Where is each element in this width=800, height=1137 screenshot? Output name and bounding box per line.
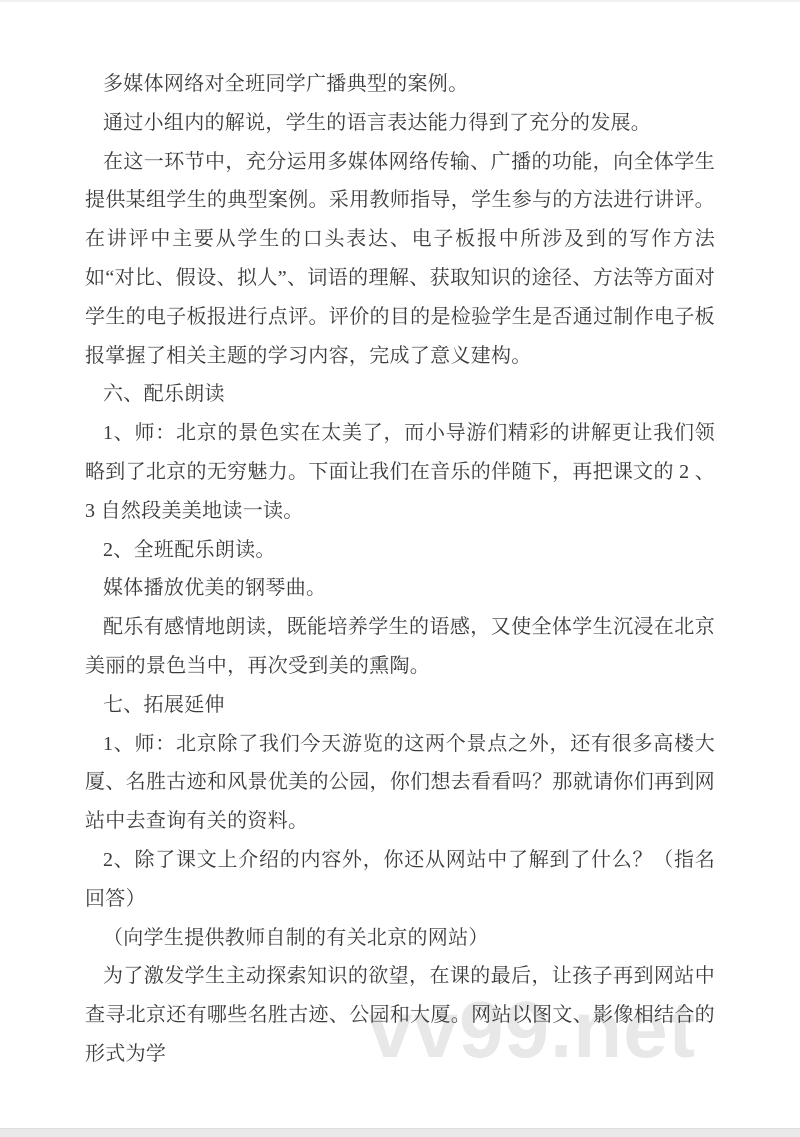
document-page: vv99.net 多媒体网络对全班同学广播典型的案例。 通过小组内的解说，学生的… — [0, 0, 800, 1137]
paragraph-teacher-line-2: 1、师：北京除了我们今天游览的这两个景点之外，还有很多高楼大厦、名胜古迹和风景优… — [85, 725, 715, 841]
paragraph-review-process: 在这一环节中，充分运用多媒体网络传输、广播的功能，向全体学生提供某组学生的典型案… — [85, 143, 715, 376]
paragraph-broadcast-case: 多媒体网络对全班同学广播典型的案例。 — [85, 65, 715, 104]
paragraph-reading-benefit: 配乐有感情地朗读，既能培养学生的语感，又使全体学生沉浸在北京美丽的景色当中，再次… — [85, 608, 715, 686]
paragraph-question-two: 2、除了课文上介绍的内容外，你还从网站中了解到了什么？（指名回答） — [85, 841, 715, 919]
section-heading-six: 六、配乐朗读 — [85, 375, 715, 414]
page-top-edge — [0, 0, 800, 2]
paragraph-website-note: （向学生提供教师自制的有关北京的网站） — [85, 919, 715, 958]
paragraph-final: 为了激发学生主动探索知识的欲望，在课的最后，让孩子再到网站中查寻北京还有哪些名胜… — [85, 957, 715, 1073]
paragraph-piano-music: 媒体播放优美的钢琴曲。 — [85, 569, 715, 608]
paragraph-teacher-line-1: 1、师：北京的景色实在太美了，而小导游们精彩的讲解更让我们领略到了北京的无穷魅力… — [85, 414, 715, 530]
document-body: 多媒体网络对全班同学广播典型的案例。 通过小组内的解说，学生的语言表达能力得到了… — [85, 65, 715, 1074]
paragraph-group-explain: 通过小组内的解说，学生的语言表达能力得到了充分的发展。 — [85, 104, 715, 143]
section-heading-seven: 七、拓展延伸 — [85, 686, 715, 725]
paragraph-class-reading: 2、全班配乐朗读。 — [85, 531, 715, 570]
page-bottom-edge — [0, 1128, 800, 1137]
